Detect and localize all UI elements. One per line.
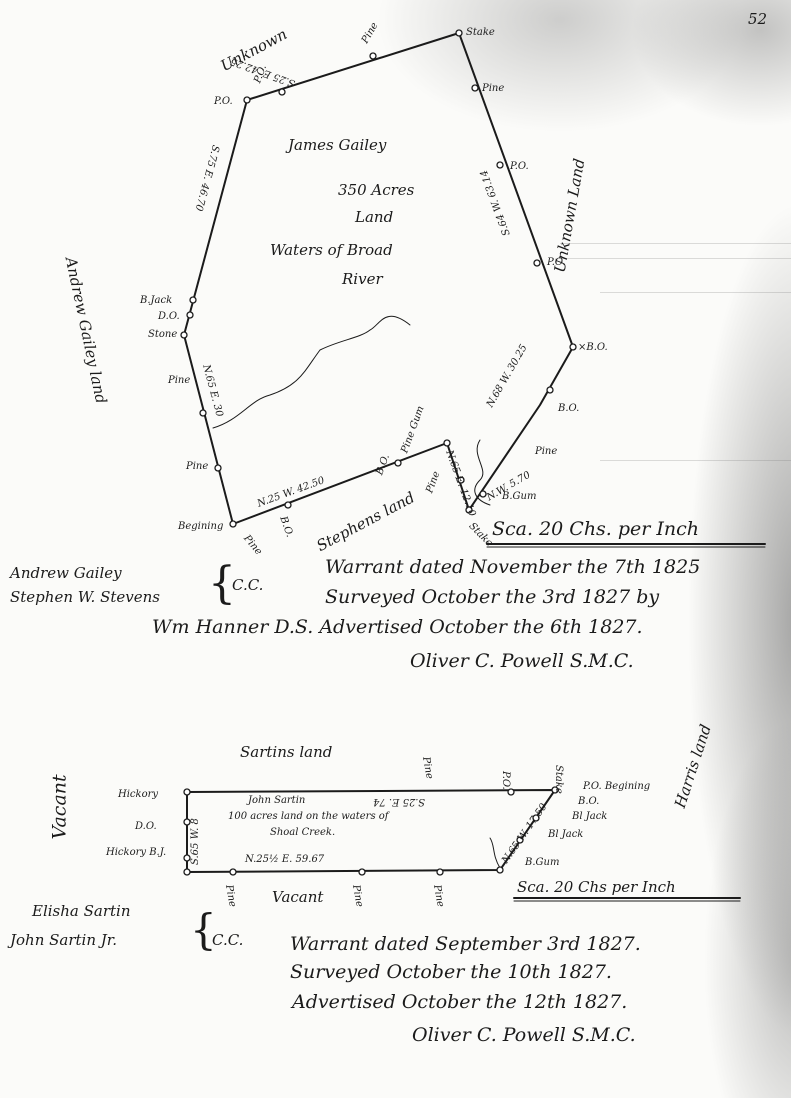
plat2-title-line: 100 acres land on the waters of [228,812,388,822]
plat1-scale: Sca. 20 Chs. per Inch [492,520,699,539]
plat2-bearing-bottom: N.25½ E. 59.67 [245,855,324,865]
plat2-corner-label: Stake [553,765,563,794]
plat1-certificate-line: Wm Hanner D.S. Advertised October the 6t… [152,618,643,637]
plat1-claimant: Andrew Gailey [10,566,122,581]
plat2-bearing-top: S.25 E. 74 [373,796,425,806]
corner-label: Pine [482,84,504,94]
plat2-adjoiner-left: Vacant [51,774,70,839]
plat1-title-line: Waters of Broad [270,243,393,258]
corner-label: B.Gum [502,492,536,502]
plat2-corner-label: P.O. Begining [583,782,650,792]
plat2-corner-label: Hickory B.J. [106,848,166,858]
corner-label: Stake [466,28,495,38]
corner-label: Stone [148,330,177,340]
plat2-corner-label: B.O. [578,797,599,807]
plat1-signature: Oliver C. Powell S.M.C. [410,652,634,671]
plat2-title-line: John Sartin [248,796,305,806]
plat1-claimant: Stephen W. Stevens [10,590,160,605]
plat2-title-line: Shoal Creek. [270,828,335,838]
corner-label: P.O. [510,162,529,172]
plat2-adjoiner-bottom: Vacant [272,890,323,905]
plat2-corner-label: Bl Jack [572,812,607,822]
plat2-signature: Oliver C. Powell S.M.C. [412,1026,636,1045]
corner-label: ×B.O. [578,343,608,353]
corner-label: Pine [535,447,557,457]
plat2-corner-label: P.O. [500,771,510,790]
plat1-title-line: 350 Acres [338,183,414,198]
plat2-creek [490,838,500,868]
plat2-certificate-line: Surveyed October the 10th 1827. [290,963,612,982]
corner-label: P.O. [214,97,233,107]
plat2-corner-label: Bl Jack [548,830,583,840]
plat2-certificate-line: Advertised October the 12th 1827. [292,993,627,1012]
plat1-certificate-line: Warrant dated November the 7th 1825 [325,558,700,577]
corner-label: Pine [186,462,208,472]
corner-label: D.O. [158,312,180,322]
plat1-title-line: Land [355,210,393,225]
plat2-corner-label: B.Gum [525,858,559,868]
corner-label: Begining [178,522,223,532]
page-number: 52 [748,12,767,27]
plat2-adjoiner-top: Sartins land [240,745,332,760]
plat1-title-line: River [342,272,383,287]
plat2-corner-label: D.O. [135,822,157,832]
corner-label: B.Jack [140,296,172,306]
plat1-cc: C.C. [232,578,263,593]
corner-label: Pine [168,376,190,386]
plat2-bearing-left: S.65 W. 8 [191,818,201,865]
corner-label: B.O. [558,404,579,414]
plat2-claimant: Elisha Sartin [32,904,131,919]
plat2-corner-label: Hickory [118,790,158,800]
corner-label: P.O. [547,258,566,268]
plat2-cc: C.C. [212,933,243,948]
plat1-creek [213,316,410,428]
plat1-title-line: James Gailey [288,138,386,153]
plat2-claimant: John Sartin Jr. [10,933,117,948]
plat2-certificate-line: Warrant dated September 3rd 1827. [290,935,641,954]
plat2-scale: Sca. 20 Chs per Inch [517,880,676,895]
plat1-certificate-line: Surveyed October the 3rd 1827 by [325,588,659,607]
